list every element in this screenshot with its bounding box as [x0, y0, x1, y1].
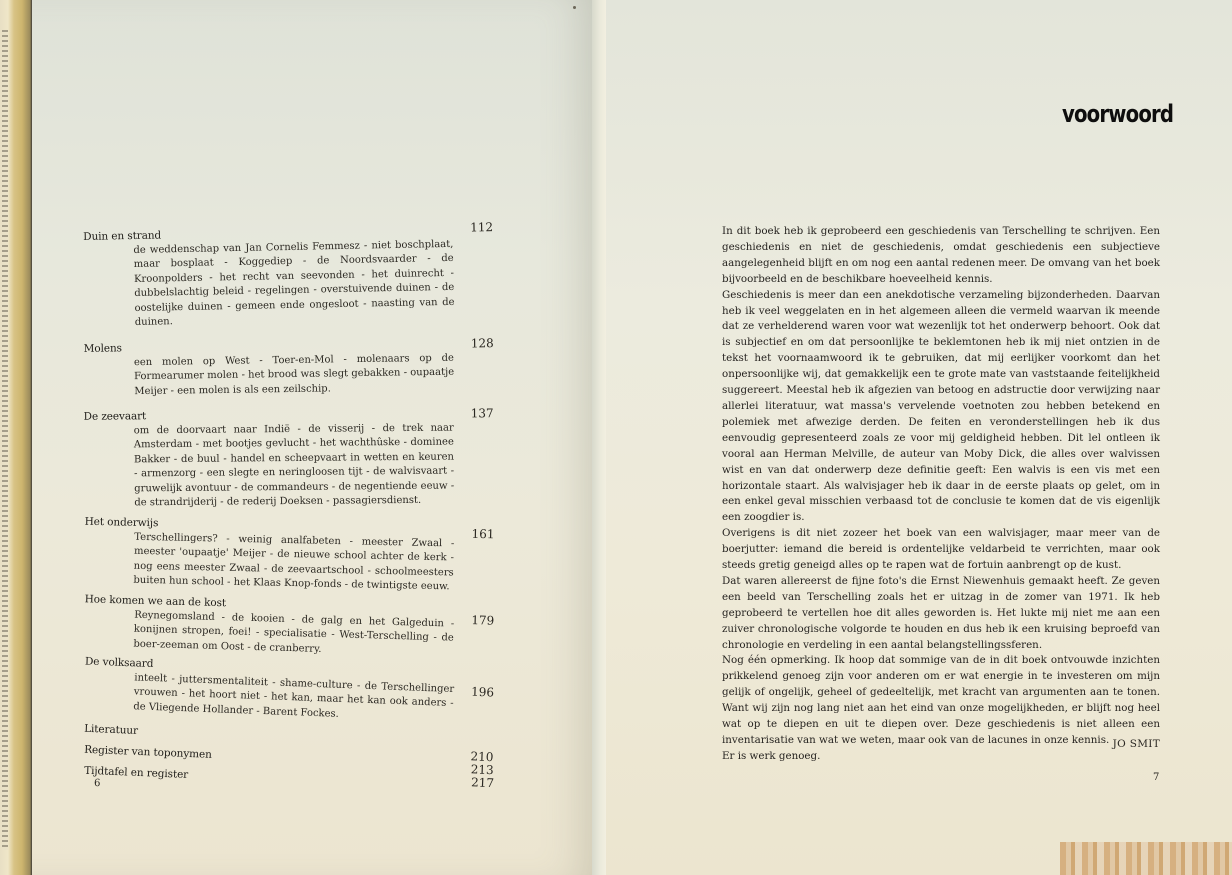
toc-entry: De zeevaart 137 om de doorvaart naar Ind… [84, 406, 495, 511]
toc-entry: Hoe komen we aan de kost 179 Reynegomsla… [83, 592, 494, 662]
table-of-contents: Duin en strand 112 de weddenschap van Ja… [84, 226, 494, 793]
foreword-paragraph: In dit boek heb ik geprobeerd een geschi… [722, 224, 1160, 288]
foreword-paragraph: Nog één opmerking. Ik hoop dat sommige v… [722, 653, 1160, 748]
paper-speck [573, 6, 576, 9]
page-edges [2, 30, 8, 850]
toc-chapter-description: Reynegomsland - de kooien - de galg en h… [133, 608, 454, 660]
foreword-body: In dit boek heb ik geprobeerd een geschi… [722, 224, 1160, 765]
toc-page-number: 217 [471, 775, 494, 791]
foreword-paragraph: Er is werk genoeg. [722, 749, 1160, 765]
toc-chapter-description: een molen op West - Toer-en-Mol - molena… [134, 352, 455, 400]
book-spine-edge [0, 0, 32, 875]
page-number-left: 6 [94, 778, 101, 789]
toc-page-number: 128 [471, 337, 494, 352]
page-number-right: 7 [1153, 772, 1159, 783]
toc-page-number: 179 [471, 613, 494, 629]
author-signature: JO SMIT [1113, 738, 1160, 750]
book-gutter [592, 0, 606, 875]
toc-page-number: 137 [471, 406, 494, 421]
toc-chapter-description: de weddenschap van Jan Cornelis Femmesz … [133, 238, 455, 331]
foreword-paragraph: Dat waren allereerst de fijne foto's die… [722, 574, 1160, 654]
toc-page-number: 112 [470, 220, 493, 235]
toc-page-number: 196 [471, 685, 494, 701]
toc-chapter-description: om de doorvaart naar Indië - de visserij… [134, 421, 455, 510]
page-heading: voorwoord [1062, 100, 1162, 128]
toc-chapter-description: Terschellingers? - weinig analfabeten - … [133, 531, 454, 595]
page-stain [1060, 842, 1232, 875]
toc-entry: Molens 128 een molen op West - Toer-en-M… [84, 337, 495, 401]
toc-entry: De volksaard 196 inteelt - juttersmental… [83, 654, 495, 727]
foreword-paragraph: Geschiedenis is meer dan een anekdotisch… [722, 288, 1160, 527]
toc-entry: Duin en strand 112 de weddenschap van Ja… [83, 222, 495, 331]
toc-page-number: 161 [471, 527, 494, 542]
foreword-paragraph: Overigens is dit niet zozeer het boek va… [722, 526, 1160, 574]
toc-entry: Het onderwijs 161 Terschellingers? - wei… [83, 515, 494, 596]
